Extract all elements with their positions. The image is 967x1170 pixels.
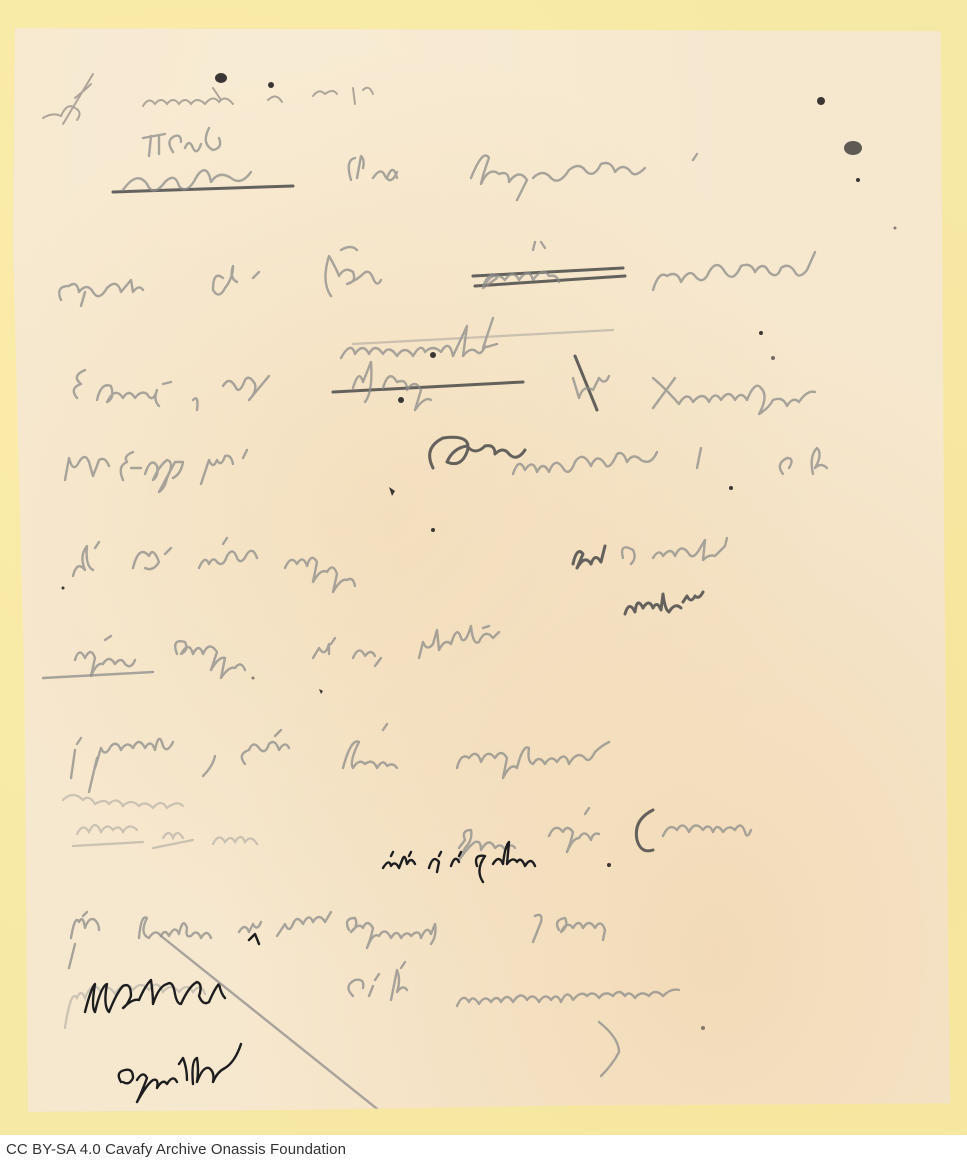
paper-specks bbox=[62, 227, 897, 1113]
license-caption: CC BY-SA 4.0 Cavafy Archive Onassis Foun… bbox=[6, 1141, 346, 1158]
mirrored-offset-text bbox=[43, 73, 373, 124]
line-3-insert bbox=[341, 318, 613, 358]
line-7 bbox=[63, 689, 609, 808]
line-6 bbox=[43, 626, 499, 678]
line-2 bbox=[59, 242, 815, 306]
manuscript-page: πιστό [struck] … ένα ωραίο … ήταν … πολύ… bbox=[13, 28, 950, 1112]
line-3 bbox=[74, 331, 815, 414]
handwriting-strokes bbox=[13, 28, 950, 1112]
line-11 bbox=[119, 1044, 241, 1102]
line-1 bbox=[113, 97, 862, 200]
line-8 bbox=[73, 808, 751, 867]
line-5 bbox=[73, 528, 727, 614]
line-4 bbox=[65, 437, 827, 496]
line-9 bbox=[69, 912, 605, 968]
